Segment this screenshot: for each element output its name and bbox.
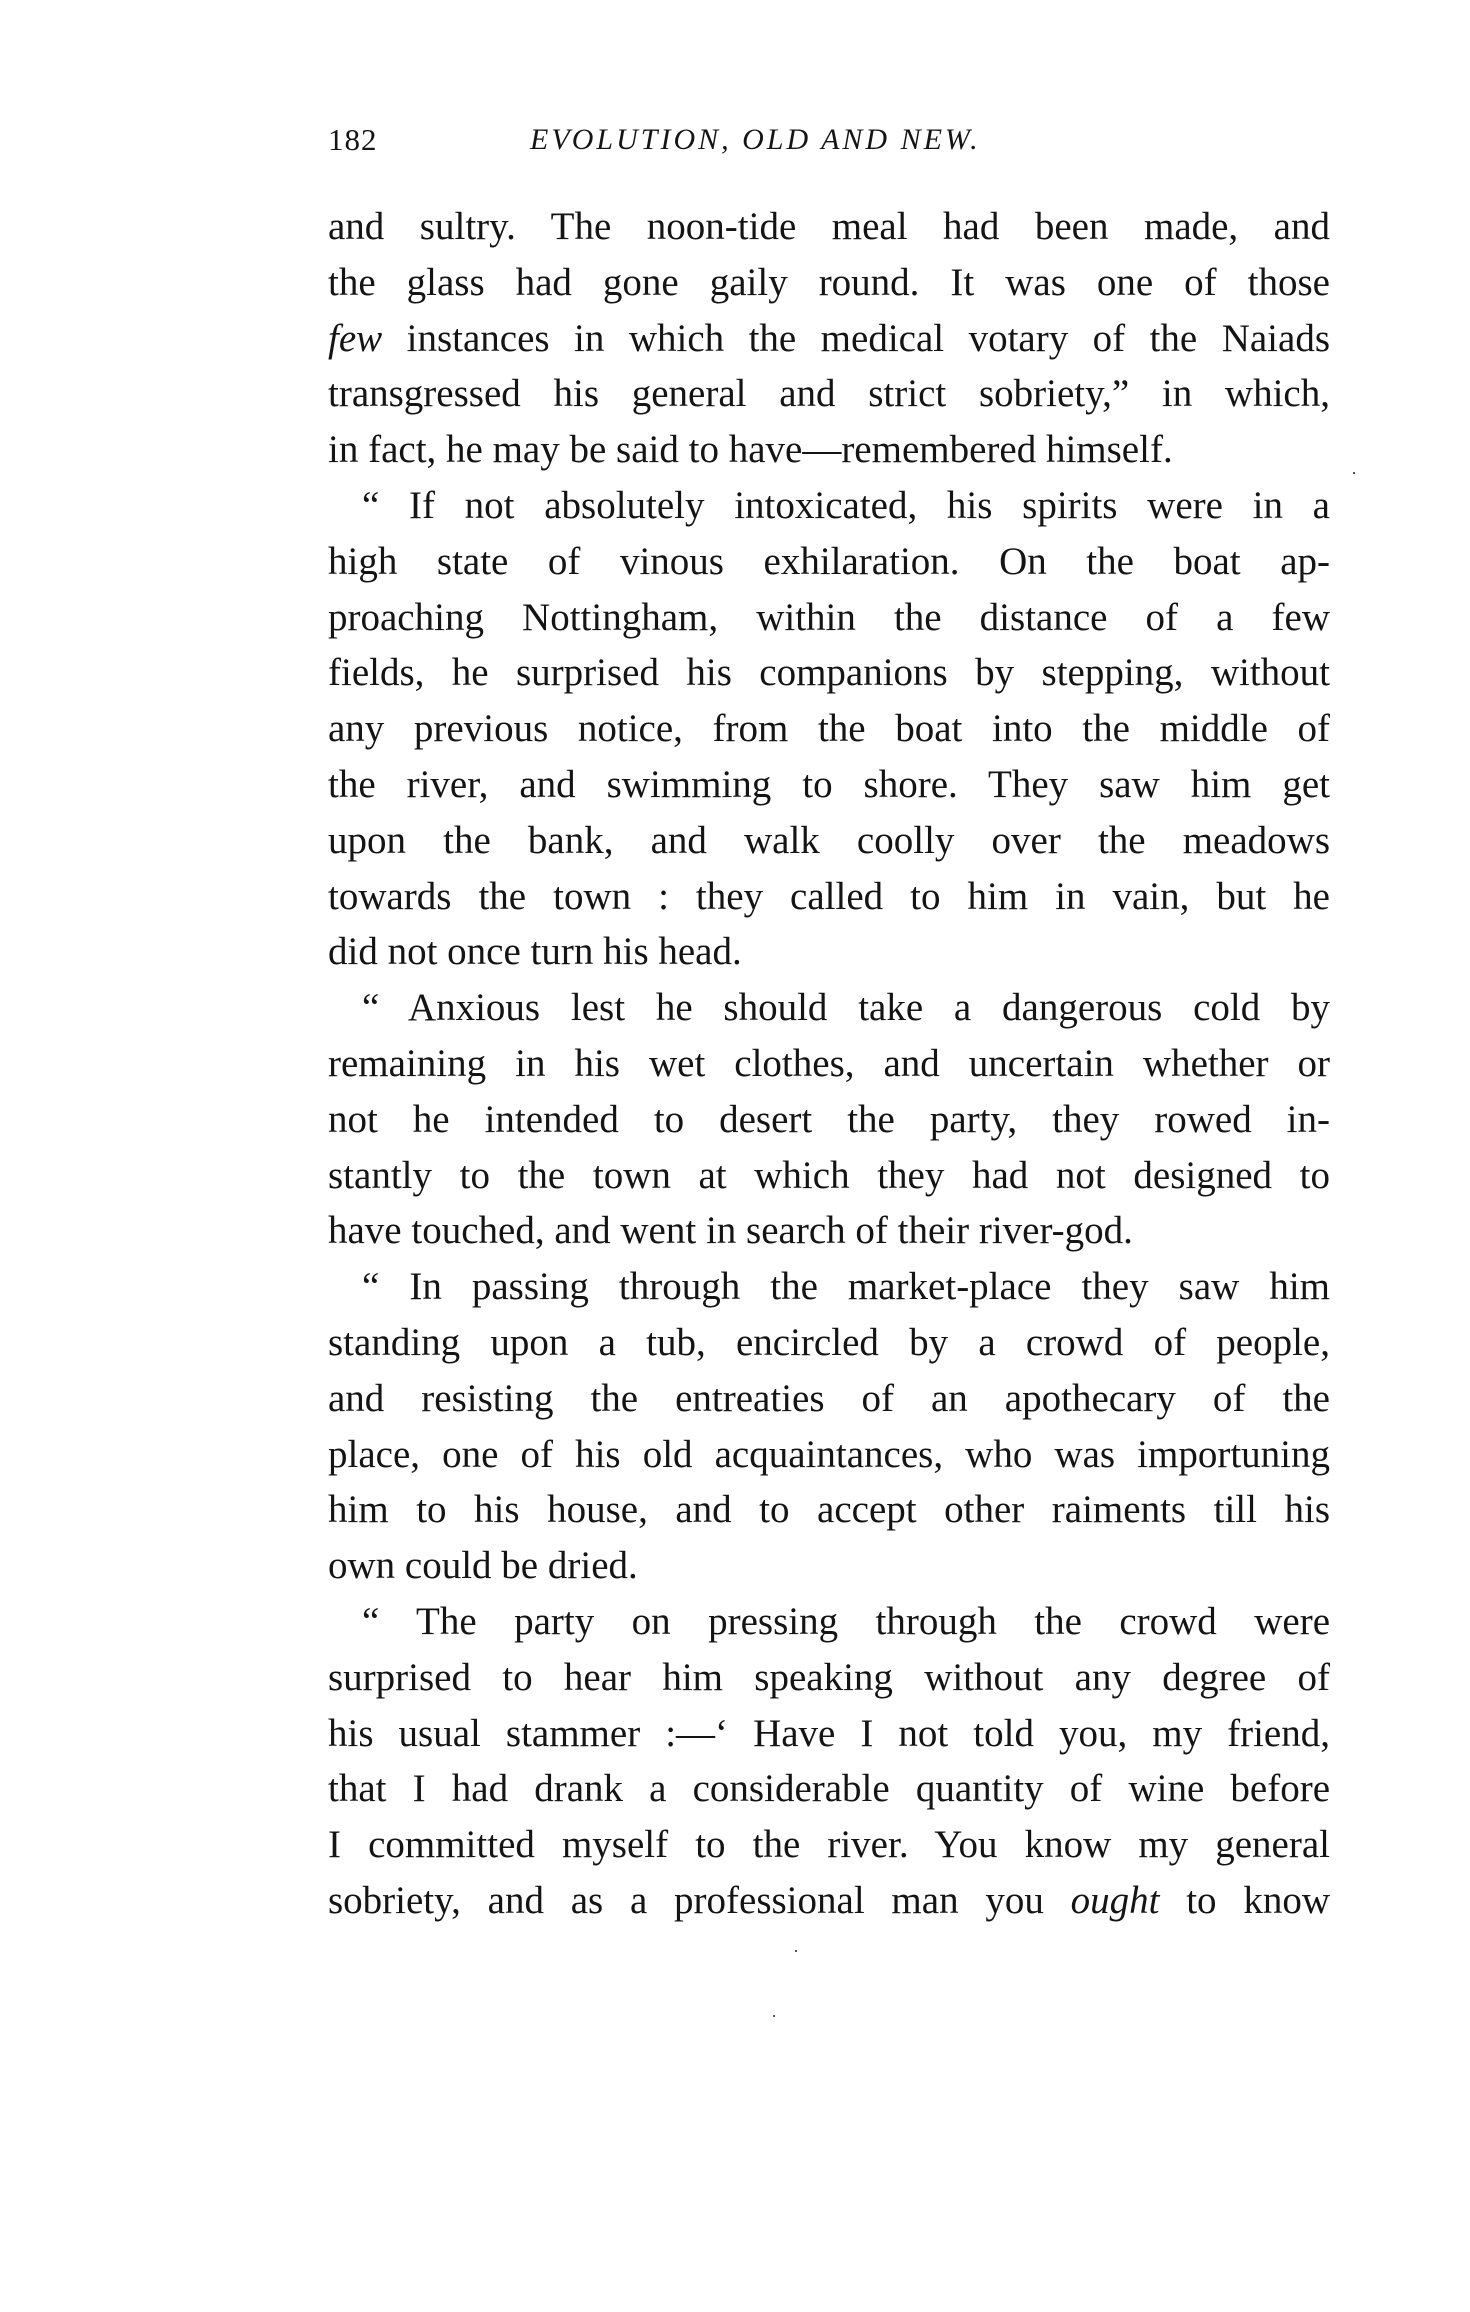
text-line: own could be dried. xyxy=(328,1538,1330,1594)
scan-speck xyxy=(1353,472,1355,474)
text-line: the glass had gone gaily round. It was o… xyxy=(328,255,1330,311)
text-line: his usual stammer :—‘ Have I not told yo… xyxy=(328,1706,1330,1762)
scan-speck xyxy=(773,2015,775,2017)
text-line: and resisting the entreaties of an apoth… xyxy=(328,1371,1330,1427)
paragraph: and sultry. The noon-tide meal had been … xyxy=(328,199,1330,478)
text-line: “ Anxious lest he should take a dangerou… xyxy=(328,980,1330,1036)
text-line: fields, he surprised his companions by s… xyxy=(328,645,1330,701)
text-segment: instances in which the medical votary of… xyxy=(382,317,1330,360)
text-line: towards the town : they called to him in… xyxy=(328,869,1330,925)
text-line: in fact, he may be said to have—remember… xyxy=(328,422,1330,478)
book-page: 182 EVOLUTION, OLD AND NEW. and sultry. … xyxy=(0,0,1470,2312)
running-title: EVOLUTION, OLD AND NEW. xyxy=(530,118,981,162)
text-line: and sultry. The noon-tide meal had been … xyxy=(328,199,1330,255)
paragraph: “ If not absolutely intoxicated, his spi… xyxy=(328,478,1330,980)
text-line: high state of vinous exhilaration. On th… xyxy=(328,534,1330,590)
italic-emphasis: few xyxy=(328,317,382,360)
text-line: sobriety, and as a professional man you … xyxy=(328,1873,1330,1929)
text-line: proaching Nottingham, within the distanc… xyxy=(328,590,1330,646)
text-line: standing upon a tub, encircled by a crow… xyxy=(328,1315,1330,1371)
text-line: the river, and swimming to shore. They s… xyxy=(328,757,1330,813)
text-line: place, one of his old acquaintances, who… xyxy=(328,1427,1330,1483)
italic-emphasis: ought xyxy=(1071,1879,1160,1922)
text-line: did not once turn his head. xyxy=(328,924,1330,980)
text-line: few instances in which the medical votar… xyxy=(328,311,1330,367)
page-number: 182 xyxy=(328,118,378,162)
paragraph: “ The party on pressing through the crow… xyxy=(328,1594,1330,1929)
text-line: upon the bank, and walk coolly over the … xyxy=(328,813,1330,869)
text-line: transgressed his general and strict sobr… xyxy=(328,366,1330,422)
scan-speck xyxy=(795,1950,797,1952)
text-line: “ In passing through the market-place th… xyxy=(328,1259,1330,1315)
text-line: him to his house, and to accept other ra… xyxy=(328,1482,1330,1538)
text-segment: to know xyxy=(1159,1879,1330,1922)
text-segment: sobriety, and as a professional man you xyxy=(328,1879,1071,1922)
body-text: and sultry. The noon-tide meal had been … xyxy=(328,199,1330,1929)
paragraph: “ Anxious lest he should take a dangerou… xyxy=(328,980,1330,1259)
paragraph: “ In passing through the market-place th… xyxy=(328,1259,1330,1594)
text-line: not he intended to desert the party, the… xyxy=(328,1092,1330,1148)
text-line: “ The party on pressing through the crow… xyxy=(328,1594,1330,1650)
text-line: stantly to the town at which they had no… xyxy=(328,1148,1330,1204)
text-line: remaining in his wet clothes, and uncert… xyxy=(328,1036,1330,1092)
text-line: that I had drank a considerable quantity… xyxy=(328,1761,1330,1817)
text-line: have touched, and went in search of thei… xyxy=(328,1203,1330,1259)
text-line: any previous notice, from the boat into … xyxy=(328,701,1330,757)
running-head: 182 EVOLUTION, OLD AND NEW. xyxy=(328,118,1330,162)
text-line: surprised to hear him speaking without a… xyxy=(328,1650,1330,1706)
text-line: I committed myself to the river. You kno… xyxy=(328,1817,1330,1873)
text-line: “ If not absolutely intoxicated, his spi… xyxy=(328,478,1330,534)
